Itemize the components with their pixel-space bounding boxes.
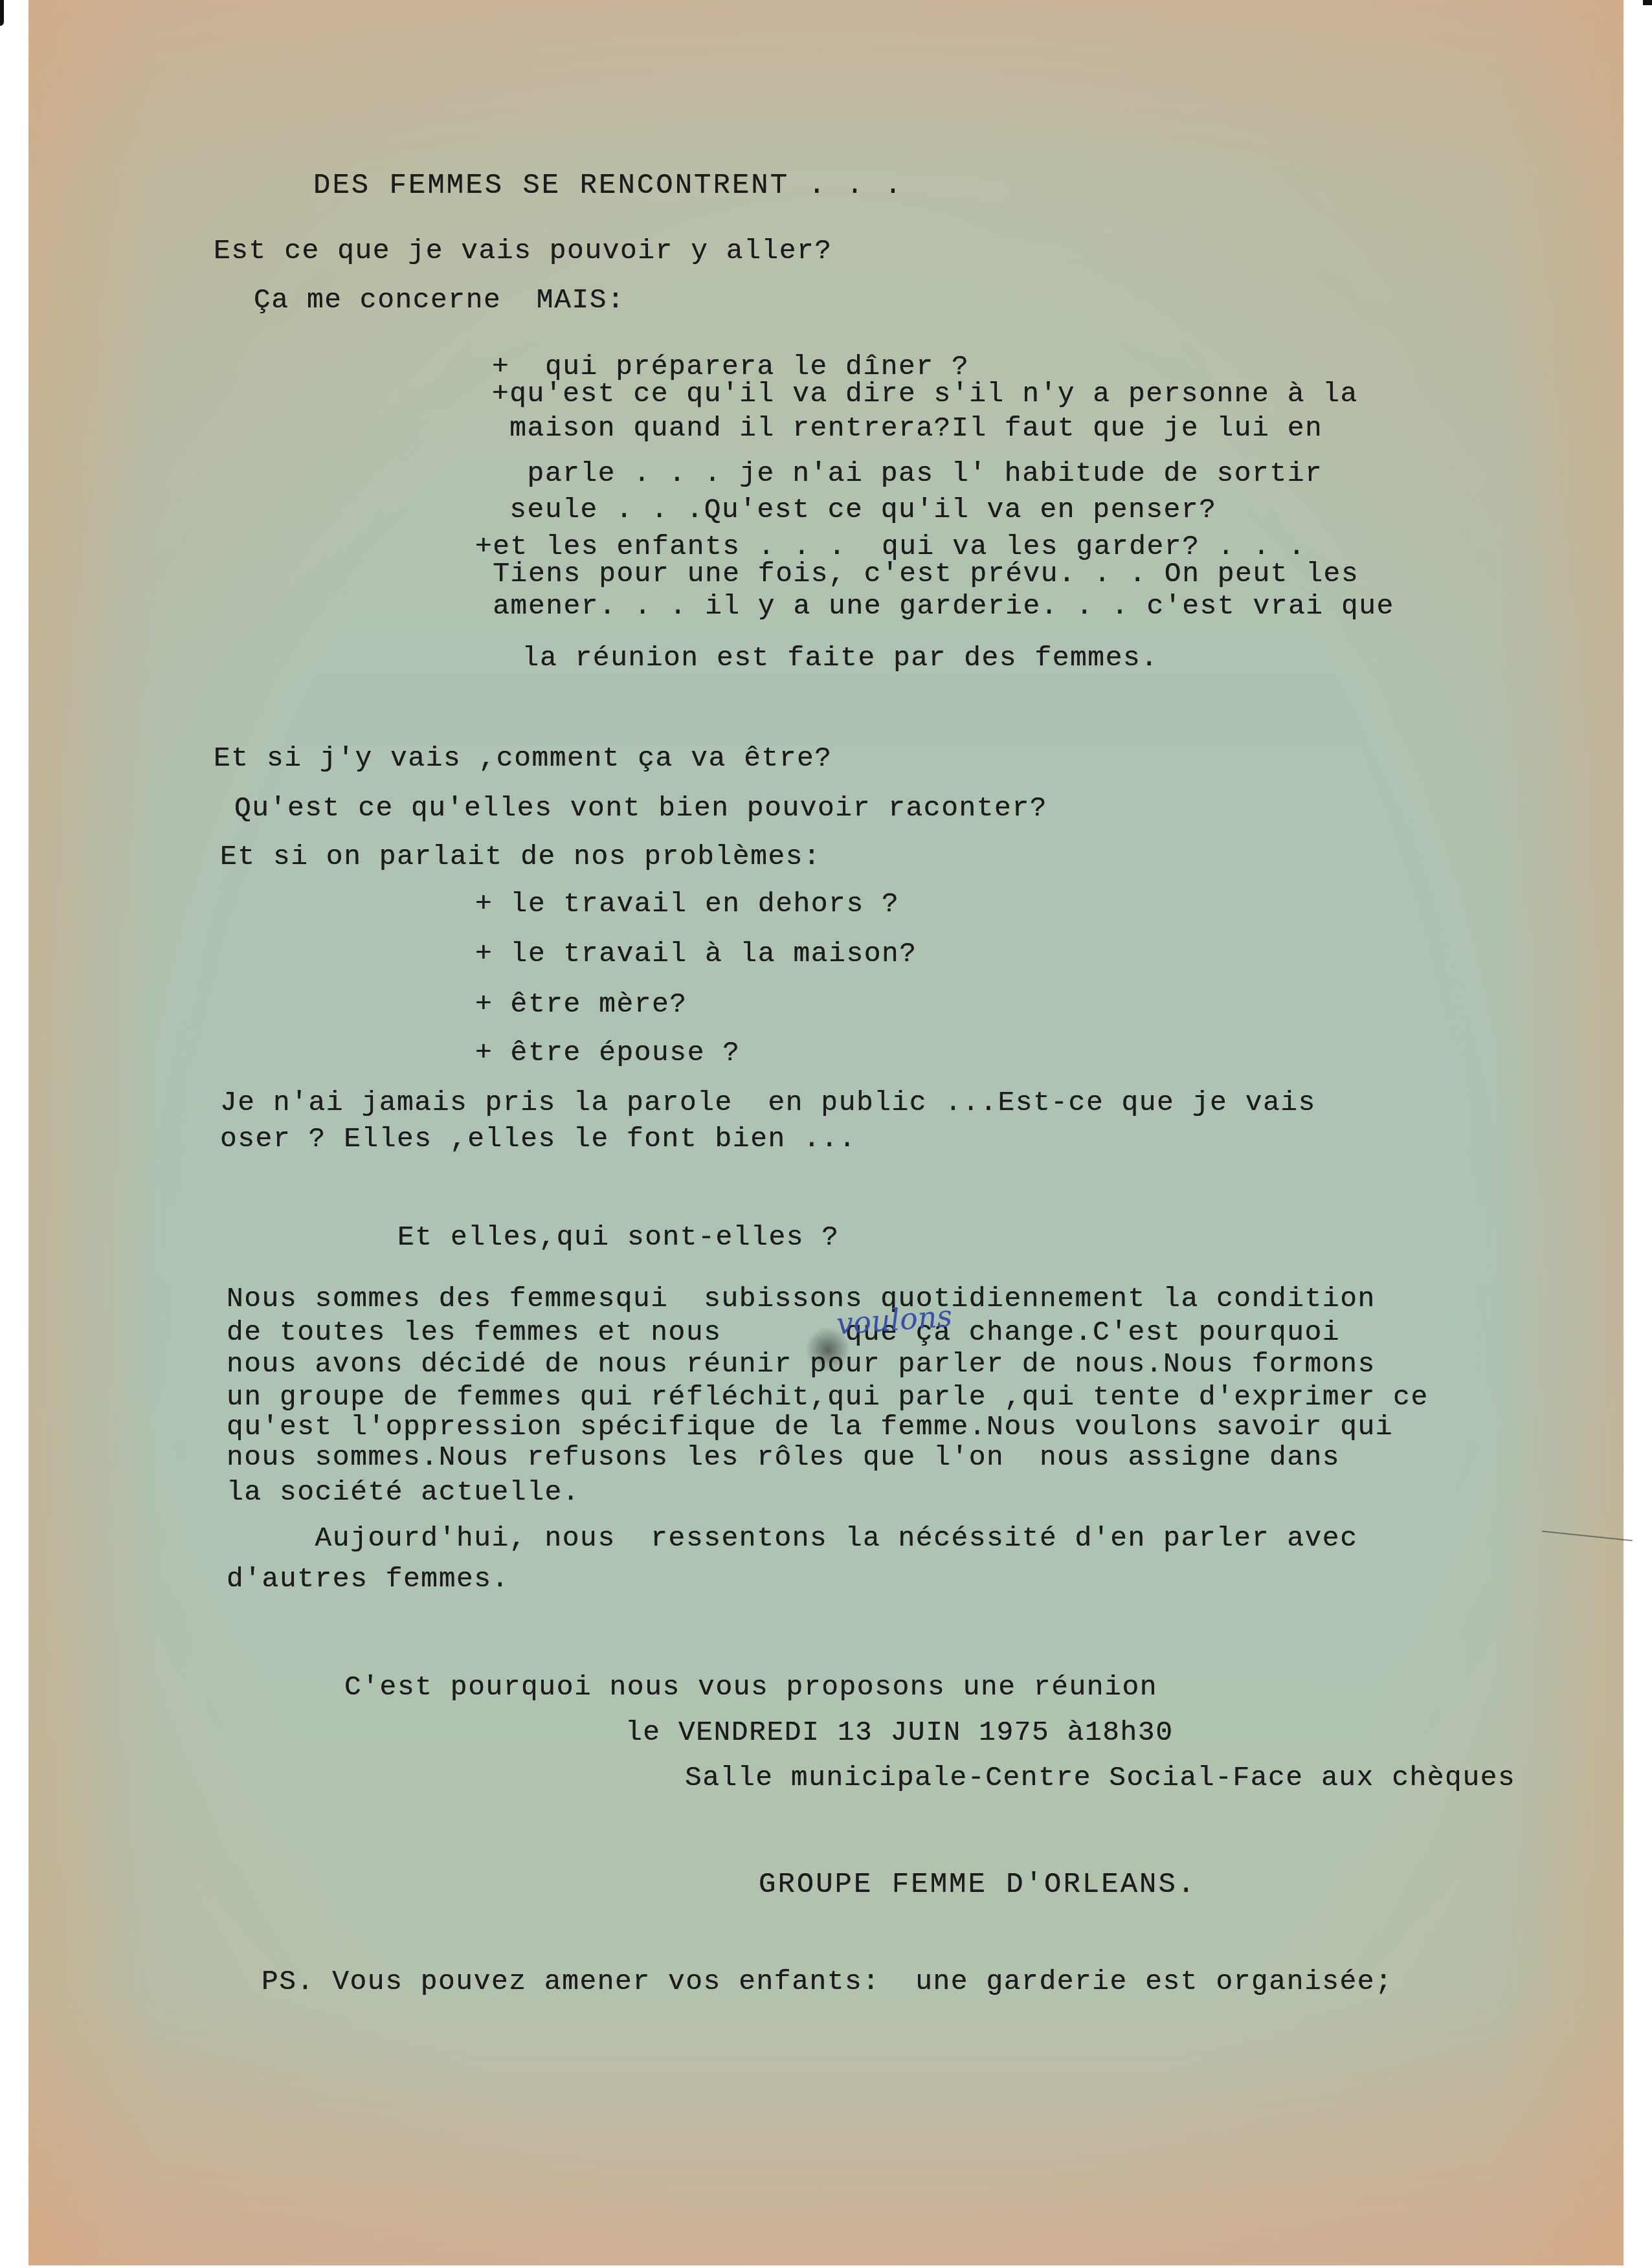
postscript: PS. Vous pouvez amener vos enfants: une …: [262, 1968, 1392, 1996]
intro-question: Est ce que je vais pouvoir y aller?: [214, 237, 832, 265]
worry-line: la réunion est faite par des femmes.: [487, 644, 1159, 672]
group-signature: GROUPE FEMME D'ORLEANS.: [759, 1871, 1196, 1899]
worry-line: +qu'est ce qu'il va dire s'il n'y a pers…: [492, 380, 1358, 408]
today-line-1: Aujourd'hui, nous ressentons la nécéssit…: [227, 1524, 1357, 1552]
worry-line: maison quand il rentrera?Il faut que je …: [492, 414, 1323, 442]
who-paragraph-line: Nous sommes des femmesqui subissons quot…: [227, 1285, 1376, 1313]
problem-item: + être mère?: [475, 990, 687, 1018]
today-line-2: d'autres femmes.: [227, 1565, 509, 1593]
worry-line: + qui préparera le dîner ?: [492, 353, 969, 381]
who-paragraph-line: de toutes les femmes et nous que ça chan…: [227, 1318, 1340, 1346]
section2-line1: Et si j'y vais ,comment ça va être?: [214, 744, 832, 772]
who-paragraph-line: qu'est l'oppression spécifique de la fem…: [227, 1413, 1393, 1441]
who-paragraph-line: la société actuelle.: [227, 1478, 580, 1506]
worry-line: Tiens pour une fois, c'est prévu. . . On…: [475, 560, 1359, 588]
problem-item: + le travail à la maison?: [475, 940, 917, 968]
invitation-line: C'est pourquoi nous vous proposons une r…: [344, 1673, 1157, 1701]
meeting-date: le VENDREDI 13 JUIN 1975 à18h30: [625, 1718, 1173, 1746]
who-paragraph-line: nous sommes.Nous refusons les rôles que …: [227, 1443, 1340, 1471]
who-paragraph-line: nous avons décidé de nous réunir pour pa…: [227, 1350, 1376, 1378]
flyer-page: DES FEMMES SE RENCONTRENT . . . Est ce q…: [28, 0, 1624, 2265]
problem-item: + le travail en dehors ?: [475, 890, 899, 918]
scan-edge-shadow: [1643, 0, 1652, 5]
worry-line: +et les enfants . . . qui va les garder?…: [475, 533, 1306, 561]
section2-line3: Et si on parlait de nos problèmes:: [220, 843, 821, 871]
intro-concern: Ça me concerne MAIS:: [254, 286, 625, 314]
who-heading: Et elles,qui sont-elles ?: [397, 1223, 840, 1251]
worry-line: seule . . .Qu'est ce qu'il va en penser?: [492, 496, 1216, 524]
problem-item: + être épouse ?: [475, 1039, 741, 1067]
pen-stroke: [1542, 1531, 1632, 1542]
who-paragraph-line: un groupe de femmes qui réfléchit,qui pa…: [227, 1383, 1429, 1411]
meeting-venue: Salle municipale-Centre Social-Face aux …: [685, 1764, 1515, 1792]
section2-line2: Qu'est ce qu'elles vont bien pouvoir rac…: [234, 794, 1047, 822]
worry-line: parle . . . je n'ai pas l' habitude de s…: [492, 460, 1323, 487]
document-title: DES FEMMES SE RENCONTRENT . . .: [313, 172, 904, 200]
speaking-line-1: Je n'ai jamais pris la parole en public …: [220, 1089, 1316, 1117]
scan-edge-shadow: [0, 0, 4, 26]
speaking-line-2: oser ? Elles ,elles le font bien ...: [220, 1125, 856, 1153]
worry-line: amener. . . il y a une garderie. . . c'e…: [475, 592, 1394, 620]
